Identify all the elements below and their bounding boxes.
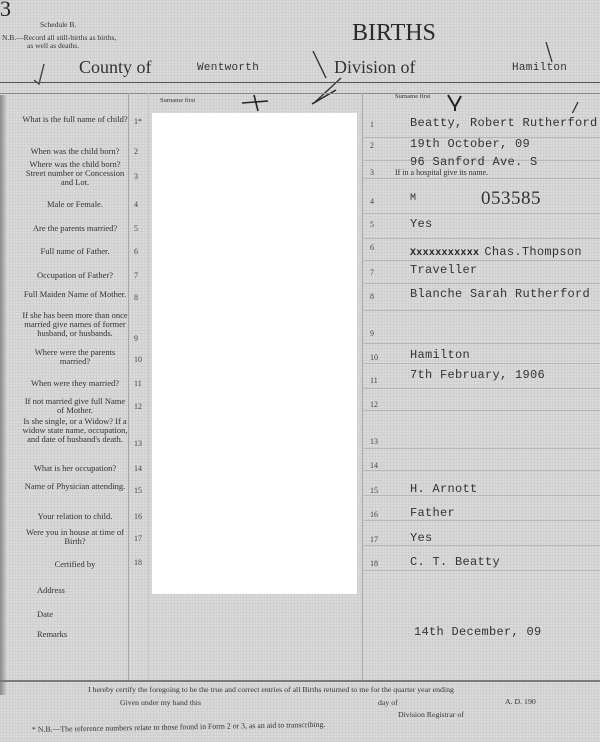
question-number: 11 [134,379,142,388]
question-number: 2 [134,147,138,156]
nb-footnote: * N.B.—The reference numbers relate to t… [32,720,326,734]
question-number: 10 [134,355,142,364]
remarks-label: Remarks [37,630,143,639]
day-of: day of [378,698,398,707]
question-18: Certified by [22,560,128,569]
question-17: Were you in house at time of Birth? [22,528,128,546]
row-number: 18 [370,559,378,568]
header-rule [0,82,600,83]
answer-birth-date: 19th October, 09 [410,137,530,151]
hospital-note: If in a hospital give its name. [395,168,488,177]
county-value: Wentworth [197,62,259,74]
question-number: 8 [134,293,138,302]
question-number: 1* [134,117,142,126]
surname-first-right: Surname first [395,92,430,101]
answer-father-name-row: Xxxxxxxxxxx Chas.Thompson [410,240,582,259]
answer-child-name: Beatty, Robert Rutherford [410,116,598,130]
column-divider [362,93,363,681]
anno-domini: A. D. 190 [505,697,536,706]
question-5: Are the parents married? [22,224,128,233]
row-rule [362,545,600,546]
question-number: 14 [134,464,142,473]
question-15: Name of Physician attending. [22,482,128,491]
question-number: 17 [134,534,142,543]
answer-marriage-place: Hamilton [410,348,470,362]
answer-sex: M [410,193,416,204]
answer-mother-maiden-name: Blanche Sarah Rutherford [410,287,590,301]
row-rule [362,178,600,179]
question-3: Where was the child born? Street number … [22,160,128,187]
county-label: County of [79,57,152,78]
row-number: 16 [370,510,378,519]
question-13: Is she single, or a Widow? If a widow st… [22,417,128,444]
redacted-entry-column [152,113,357,594]
tick-mark-icon [445,93,465,113]
question-number: 5 [134,224,138,233]
row-number: 6 [370,243,374,252]
question-11: When were they married? [22,379,128,388]
given-under-hand: Given under my hand this [120,698,201,707]
question-2: When was the child born? [22,147,128,156]
question-number: 13 [134,439,142,448]
row-rule [362,260,600,261]
row-number: 14 [370,461,378,470]
row-rule [362,238,600,239]
tick-mark-icon [310,88,340,108]
answer-in-house: Yes [410,531,433,545]
date-label: Date [37,610,143,619]
question-1: What is the full name of child? [22,115,128,124]
checkmark-icon [540,38,585,113]
row-number: 13 [370,437,378,446]
corner-mark: 3 [0,0,11,22]
question-number: 9 [134,334,138,343]
address-label: Address [37,586,143,595]
page-binding-edge [0,95,6,695]
row-number: 12 [370,400,378,409]
registration-number: 053585 [481,188,541,210]
row-rule [362,570,600,571]
row-rule [362,470,600,471]
question-9: If she has been more than once married g… [22,311,128,338]
row-rule [362,388,600,389]
row-number: 8 [370,292,374,301]
row-number: 4 [370,197,374,206]
answer-relation: Father [410,506,455,520]
footer-rule [0,680,600,682]
answer-father-name: Chas.Thompson [484,245,582,259]
row-rule [362,310,600,311]
column-divider [148,93,149,681]
division-registrar: Division Registrar of [398,710,464,719]
form-title: BIRTHS [352,20,436,47]
row-number: 17 [370,535,378,544]
question-14: What is her occupation? [22,464,128,473]
answer-parents-married: Yes [410,217,433,231]
row-rule [362,283,600,284]
question-number: 4 [134,200,138,209]
surname-first-left: Surname first [160,96,195,105]
question-number: 18 [134,558,142,567]
answer-date: 14th December, 09 [414,625,542,639]
row-rule [362,410,600,411]
certify-text: I hereby certify the foregoing to be the… [88,685,454,694]
answer-physician: H. Arnott [410,482,478,496]
question-number: 15 [134,486,142,495]
row-number: 9 [370,329,374,338]
row-number: 7 [370,268,374,277]
question-4: Male or Female. [22,200,128,209]
question-number: 16 [134,512,142,521]
question-10: Where were the parents married? [22,348,128,366]
answer-father-occupation: Traveller [410,263,478,277]
header-rule-2 [0,93,600,94]
row-number: 15 [370,486,378,495]
row-number: 1 [370,120,374,129]
question-number: 7 [134,271,138,280]
question-16: Your relation to child. [22,512,128,521]
answer-marriage-date: 7th February, 1906 [410,368,545,382]
question-number: 3 [134,172,138,181]
answer-certified-by: C. T. Beatty [410,555,500,569]
question-8: Full Maiden Name of Mother. [22,290,128,299]
question-number: 12 [134,402,142,411]
schedule-label: Schedule B. [40,20,76,29]
answer-birth-place: 96 Sanford Ave. S [410,155,538,169]
row-rule [362,363,600,364]
tick-mark-icon [240,93,270,113]
row-rule [362,343,600,344]
row-rule [362,495,600,496]
struck-out-text: Xxxxxxxxxxx [410,248,479,259]
row-rule [362,520,600,521]
row-rule [362,448,600,449]
question-12: If not married give full Name of Mother. [22,397,128,415]
row-number: 10 [370,353,378,362]
row-number: 2 [370,141,374,150]
question-7: Occupation of Father? [22,271,128,280]
row-number: 3 [370,168,374,177]
question-number: 6 [134,247,138,256]
note-line-2: as well as deaths. [27,41,79,50]
row-rule [362,213,600,214]
question-6: Full name of Father. [22,247,128,256]
row-number: 11 [370,376,378,385]
row-number: 5 [370,220,374,229]
